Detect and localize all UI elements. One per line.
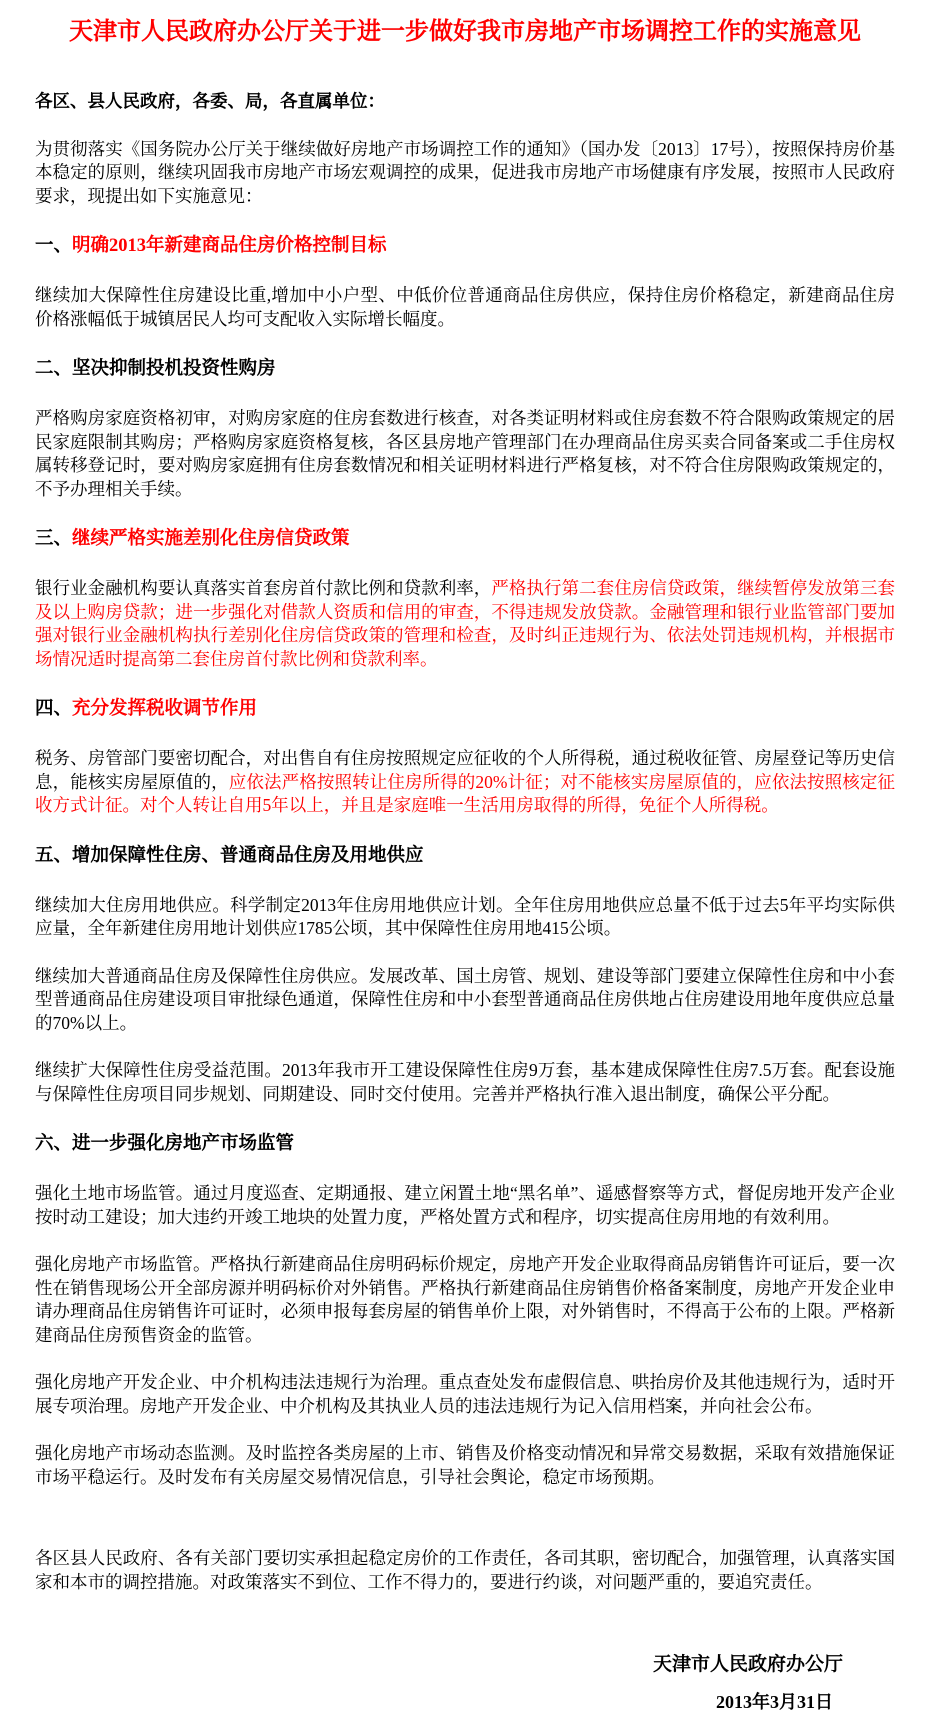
body-paragraph: 严格购房家庭资格初审，对购房家庭的住房套数进行核查，对各类证明材料或住房套数不符… xyxy=(35,407,895,501)
body-paragraph: 强化土地市场监管。通过月度巡查、定期通报、建立闲置土地“黑名单”、遥感督察等方式… xyxy=(35,1182,895,1229)
body-paragraph: 税务、房管部门要密切配合，对出售自有住房按照规定应征收的个人所得税，通过税收征管… xyxy=(35,747,895,818)
section-number: 六、 xyxy=(35,1134,72,1154)
section-heading: 六、进一步强化房地产市场监管 xyxy=(35,1131,895,1157)
text-run: 强化房地产市场动态监测。及时监控各类房屋的上市、销售及价格变动情况和异常交易数据… xyxy=(35,1443,895,1487)
text-run: 继续加大普通商品住房及保障性住房供应。发展改革、国土房管、规划、建设等部门要建立… xyxy=(35,966,895,1033)
section-heading-text: 继续严格实施差别化住房信贷政策 xyxy=(72,529,350,549)
text-run: 银行业金融机构要认真落实首套房首付款比例和贷款利率， xyxy=(35,578,491,598)
body-paragraph: 银行业金融机构要认真落实首套房首付款比例和贷款利率，严格执行第二套住房信贷政策，… xyxy=(35,577,895,671)
text-run: 继续扩大保障性住房受益范围。2013年我市开工建设保障性住房9万套，基本建成保障… xyxy=(35,1060,895,1104)
section-heading-text: 坚决抑制投机投资性购房 xyxy=(72,359,276,379)
body-paragraph: 强化房地产开发企业、中介机构违法违规行为治理。重点查处发布虚假信息、哄抬房价及其… xyxy=(35,1371,895,1418)
section-heading-text: 充分发挥税收调节作用 xyxy=(72,699,257,719)
body-paragraph: 继续加大住房用地供应。科学制定2013年住房用地供应计划。全年住房用地供应总量不… xyxy=(35,894,895,941)
section-heading-text: 增加保障性住房、普通商品住房及用地供应 xyxy=(72,846,424,866)
text-run: 强化土地市场监管。通过月度巡查、定期通报、建立闲置土地“黑名单”、遥感督察等方式… xyxy=(35,1183,895,1227)
section-heading: 四、充分发挥税收调节作用 xyxy=(35,696,895,722)
text-run: 严格购房家庭资格初审，对购房家庭的住房套数进行核查，对各类证明材料或住房套数不符… xyxy=(35,408,895,499)
body-paragraph: 强化房地产市场监管。严格执行新建商品住房明码标价规定，房地产开发企业取得商品房销… xyxy=(35,1253,895,1347)
section-number: 四、 xyxy=(35,699,72,719)
date: 2013年3月31日 xyxy=(35,1690,895,1714)
salutation: 各区、县人民政府，各委、局，各直属单位： xyxy=(35,90,895,114)
section-heading-text: 进一步强化房地产市场监管 xyxy=(72,1134,294,1154)
section-heading: 五、增加保障性住房、普通商品住房及用地供应 xyxy=(35,843,895,869)
section-heading-text: 明确2013年新建商品住房价格控制目标 xyxy=(72,236,387,256)
section-number: 三、 xyxy=(35,529,72,549)
text-run: 继续加大保障性住房建设比重,增加中小户型、中低价位普通商品住房供应，保持住房价格… xyxy=(35,285,895,329)
section-heading: 一、明确2013年新建商品住房价格控制目标 xyxy=(35,233,895,259)
document-page: 天津市人民政府办公厅关于进一步做好我市房地产市场调控工作的实施意见 各区、县人民… xyxy=(0,16,930,1714)
intro-paragraph: 为贯彻落实《国务院办公厅关于继续做好房地产市场调控工作的通知》（国办发〔2013… xyxy=(35,138,895,209)
signature: 天津市人民政府办公厅 xyxy=(35,1652,895,1678)
section-number: 五、 xyxy=(35,846,72,866)
body-paragraph: 继续加大普通商品住房及保障性住房供应。发展改革、国土房管、规划、建设等部门要建立… xyxy=(35,965,895,1036)
document-title: 天津市人民政府办公厅关于进一步做好我市房地产市场调控工作的实施意见 xyxy=(35,16,895,48)
section-heading: 三、继续严格实施差别化住房信贷政策 xyxy=(35,526,895,552)
text-run: 强化房地产市场监管。严格执行新建商品住房明码标价规定，房地产开发企业取得商品房销… xyxy=(35,1254,895,1345)
closing-paragraph: 各区县人民政府、各有关部门要切实承担起稳定房价的工作责任，各司其职，密切配合，加… xyxy=(35,1547,895,1594)
section-number: 一、 xyxy=(35,236,72,256)
body-paragraph: 继续扩大保障性住房受益范围。2013年我市开工建设保障性住房9万套，基本建成保障… xyxy=(35,1059,895,1106)
body-paragraph: 继续加大保障性住房建设比重,增加中小户型、中低价位普通商品住房供应，保持住房价格… xyxy=(35,284,895,331)
text-run: 继续加大住房用地供应。科学制定2013年住房用地供应计划。全年住房用地供应总量不… xyxy=(35,895,895,939)
sections-container: 一、明确2013年新建商品住房价格控制目标继续加大保障性住房建设比重,增加中小户… xyxy=(35,233,895,1489)
section-heading: 二、坚决抑制投机投资性购房 xyxy=(35,356,895,382)
body-paragraph: 强化房地产市场动态监测。及时监控各类房屋的上市、销售及价格变动情况和异常交易数据… xyxy=(35,1442,895,1489)
section-number: 二、 xyxy=(35,359,72,379)
text-run: 强化房地产开发企业、中介机构违法违规行为治理。重点查处发布虚假信息、哄抬房价及其… xyxy=(35,1372,895,1416)
